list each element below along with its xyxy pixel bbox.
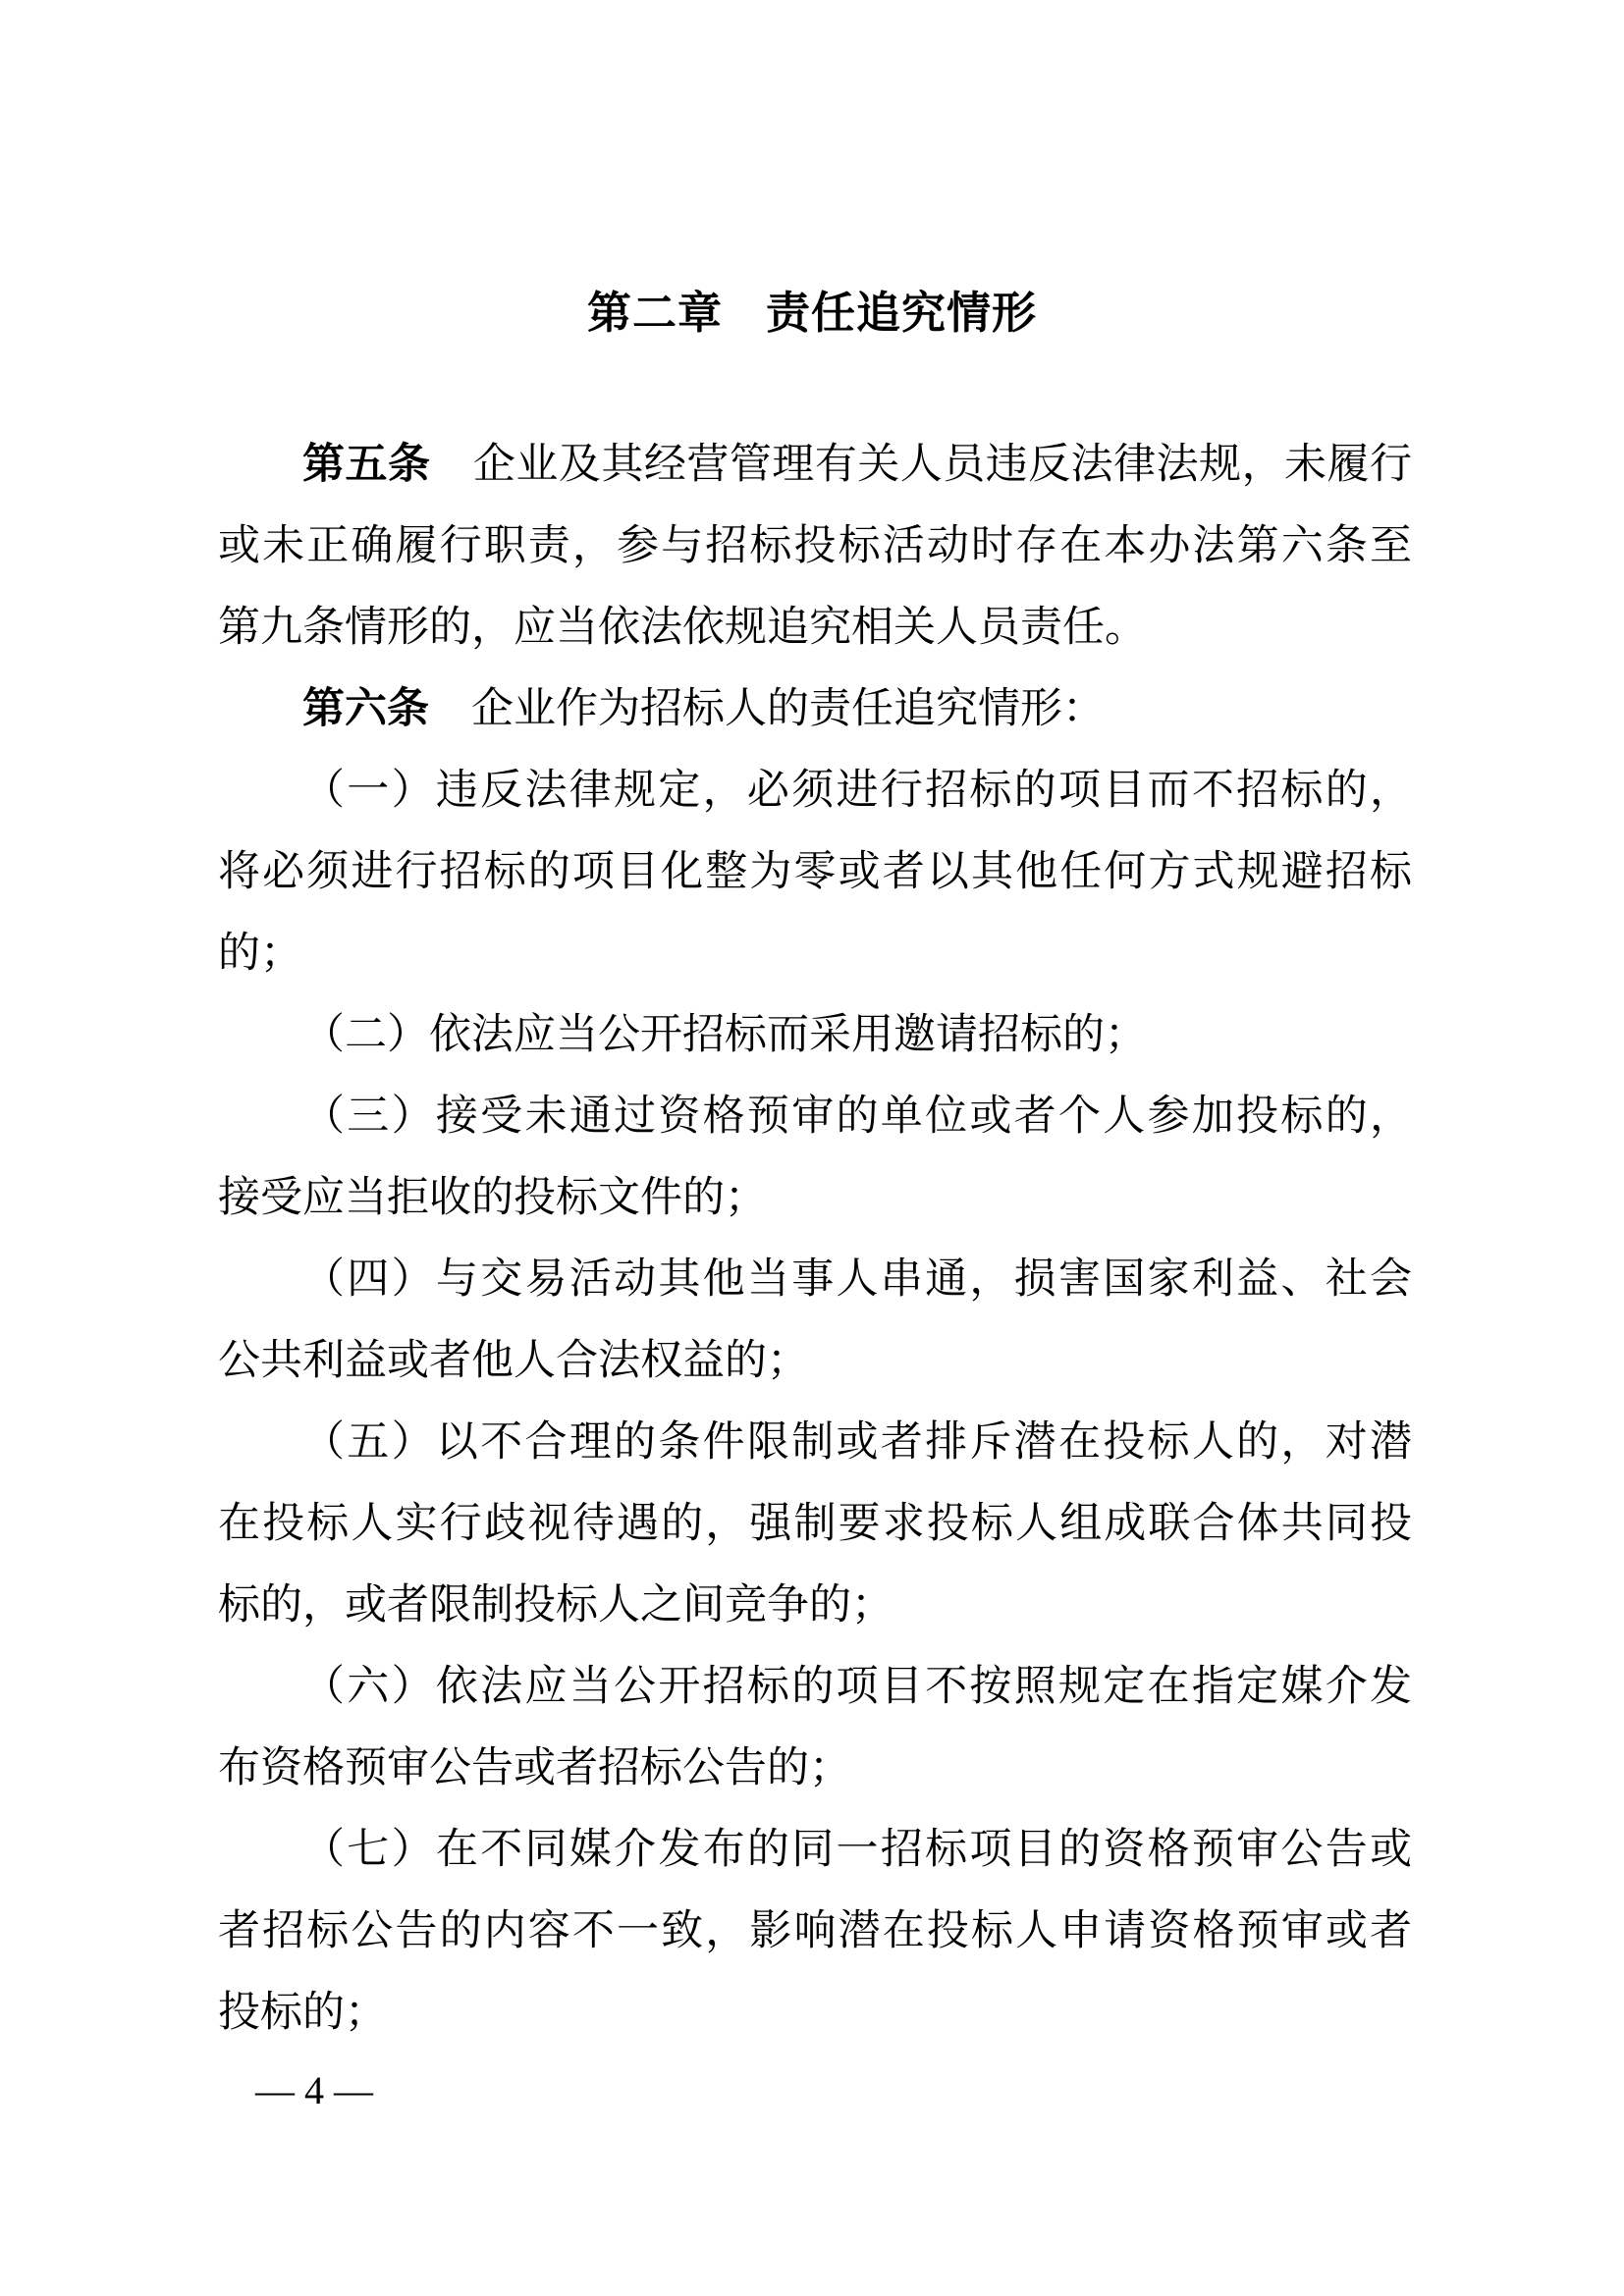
text-line: （一）违反法律规定，必须进行招标的项目而不招标的， [218,750,1412,831]
text-line: 或未正确履行职责，参与招标投标活动时存在本办法第六条至 [218,506,1412,587]
page-footer: — 4 — [255,2061,373,2120]
text-line: 将必须进行招标的项目化整为零或者以其他任何方式规避招标 [218,831,1412,913]
text-line: 第五条 企业及其经营管理有关人员违反法律法规，未履行 [218,424,1412,506]
text-line: （四）与交易活动其他当事人串通，损害国家利益、社会 [218,1239,1412,1320]
chapter-number: 第二章 [587,288,723,338]
text-line: （七）在不同媒介发布的同一招标项目的资格预审公告或 [218,1809,1412,1891]
line-text: 或未正确履行职责，参与招标投标活动时存在本办法第六条至 [218,523,1412,569]
line-text: 公共利益或者他人合法权益的； [218,1338,809,1384]
text-line: （三）接受未通过资格预审的单位或者个人参加投标的， [218,1076,1412,1157]
document-page: 第二章责任追究情形 第五条 企业及其经营管理有关人员违反法律法规，未履行 或未正… [0,0,1624,2296]
line-text: 在投标人实行歧视待遇的，强制要求投标人组成联合体共同投 [218,1501,1412,1547]
line-text: 将必须进行招标的项目化整为零或者以其他任何方式规避招标 [218,849,1412,895]
text-line: 者招标公告的内容不一致，影响潜在投标人申请资格预审或者 [218,1891,1412,1972]
text-line: 标的，或者限制投标人之间竞争的； [218,1565,1412,1646]
line-text: （一）违反法律规定，必须进行招标的项目而不招标的， [302,768,1412,814]
text-line: 在投标人实行歧视待遇的，强制要求投标人组成联合体共同投 [218,1483,1412,1565]
line-text: （三）接受未通过资格预审的单位或者个人参加投标的， [302,1094,1412,1140]
text-line: 第六条 企业作为招标人的责任追究情形： [218,668,1412,750]
line-text: （七）在不同媒介发布的同一招标项目的资格预审公告或 [302,1827,1412,1873]
line-text: 企业作为招标人的责任追究情形： [429,686,1105,732]
line-text: （五）以不合理的条件限制或者排斥潜在投标人的，对潜 [302,1419,1412,1466]
article-label: 第六条 [302,685,429,732]
text-line: 投标的； [218,1972,1412,2054]
line-text: 接受应当拒收的投标文件的； [218,1175,767,1221]
text-line: 布资格预审公告或者招标公告的； [218,1728,1412,1809]
text-line: 第九条情形的，应当依法依规追究相关人员责任。 [218,587,1412,668]
line-text: 的； [218,931,302,977]
chapter-heading: 第二章责任追究情形 [0,277,1624,341]
line-text: 标的，或者限制投标人之间竞争的； [218,1582,893,1629]
line-text: 企业及其经营管理有关人员违反法律法规，未履行 [430,442,1412,488]
text-line: 公共利益或者他人合法权益的； [218,1320,1412,1402]
text-line: （二）依法应当公开招标而采用邀请招标的； [218,994,1412,1076]
line-text: 布资格预审公告或者招标公告的； [218,1745,851,1791]
line-text: （四）与交易活动其他当事人串通，损害国家利益、社会 [302,1256,1412,1303]
line-text: 者招标公告的内容不一致，影响潜在投标人申请资格预审或者 [218,1908,1412,1954]
text-line: （五）以不合理的条件限制或者排斥潜在投标人的，对潜 [218,1402,1412,1483]
text-line: （六）依法应当公开招标的项目不按照规定在指定媒介发 [218,1646,1412,1728]
text-line: 接受应当拒收的投标文件的； [218,1157,1412,1239]
text-line: 的； [218,913,1412,994]
line-text: 投标的； [218,1990,387,2036]
chapter-title: 责任追究情形 [766,288,1037,338]
line-text: （二）依法应当公开招标而采用邀请招标的； [302,1012,1147,1058]
page-number: — 4 — [255,2068,373,2112]
article-label: 第五条 [302,441,430,488]
line-text: 第九条情形的，应当依法依规追究相关人员责任。 [218,605,1147,651]
document-body: 第五条 企业及其经营管理有关人员违反法律法规，未履行 或未正确履行职责，参与招标… [218,424,1412,2054]
line-text: （六）依法应当公开招标的项目不按照规定在指定媒介发 [302,1664,1412,1710]
